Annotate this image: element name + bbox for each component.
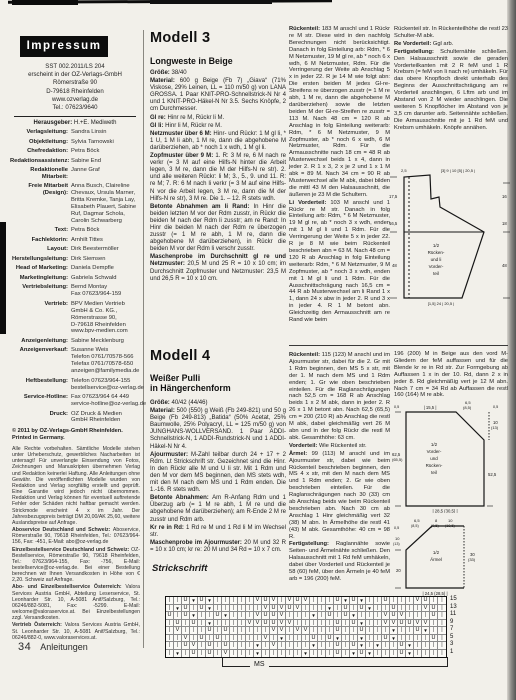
chart-cell-knit: | [374, 597, 382, 605]
chart-cell-yarnover: U [222, 627, 230, 635]
credit-value: BPV Medien VertriebGmbH & Co. KG.,Römers… [71, 301, 141, 336]
measurement-label: 48 [392, 263, 397, 268]
chart-cell-knit: | [366, 597, 374, 605]
paragraph-lead: Fertigstellung: [289, 541, 336, 547]
chart-cell-knit: | [222, 605, 230, 613]
credit-row: Marketingleitung:Gabriela Schwald [10, 275, 141, 282]
chart-cell-knit: | [270, 650, 278, 658]
paragraph: Netzmuster über 6 M: Hinr- und Rückr: 1 … [150, 131, 286, 152]
chart-cell-slip-decrease: ▼ [222, 612, 230, 620]
credit-value: Sabine End [71, 158, 141, 165]
credit-line: Daniela Dempfle [71, 265, 141, 272]
chart-cell-decrease: V [254, 620, 262, 628]
chart-cell-yarnover: U [182, 597, 190, 605]
chart-cell-decrease: V [278, 605, 286, 613]
chart-cell-knit: | [214, 642, 222, 650]
herausgeber-label: Herausgeber: [34, 120, 73, 126]
chart-cell-yarnover: U [350, 620, 358, 628]
schematic-sleeve-model4: 6,5810(8,5)(9,5)(10,5)0,510(13)2030(33)|… [392, 516, 502, 596]
credit-label: Herstellungsleitung: [10, 256, 71, 263]
chart-cell-knit: | [406, 612, 414, 620]
measure-ticks [390, 177, 510, 298]
paragraph-lead: Re Vorderteil: [394, 41, 433, 47]
paragraph: Vorderteil: Wie Rückenteil str. [289, 443, 390, 450]
chart-row: |U|U|▼||||VVUUVV|||||U|U▼||VVUUVV|| [166, 620, 446, 628]
chart-row: |▼|U|U|V|||▼|||||▼|||U|▼U▼|||U▼|||| [166, 650, 446, 658]
model3-subtitle: Longweste in Beige [150, 56, 233, 66]
chart-cell-knit: | [406, 605, 414, 613]
credit-value: Bernd MontayFax 07623/964-159 [71, 284, 141, 298]
chart-cell-knit: | [318, 635, 326, 643]
measurement-label: Ärmel [430, 556, 442, 562]
chart-cell-knit: | [390, 650, 398, 658]
chart-cell-yarnover: U [382, 597, 390, 605]
chart-cell-knit: | [238, 620, 246, 628]
chart-cell-slip-decrease: ▼ [390, 635, 398, 643]
chart-cell-decrease: V [254, 612, 262, 620]
credit-row: Text:Petra Böck [10, 227, 141, 234]
credit-line: Telefon 0761/70578-566 [71, 354, 141, 361]
chart-cell-knit: | [374, 635, 382, 643]
chart-row: ||V|U|U|||||V|▼|||U|U▼||▼||U▼||||U| [166, 635, 446, 643]
chart-cell-knit: | [398, 605, 406, 613]
paragraph: Maschenprobe im Ajourmuster: 20 M und 32… [150, 540, 286, 554]
credit-row: Layout:Dirk Beestermöller [10, 246, 141, 253]
chart-cell-decrease: V [390, 620, 398, 628]
measurement-label: [3] 9 | 10 [5] | 20,5 | [441, 168, 475, 173]
chart-cell-yarnover: U [358, 650, 366, 658]
measurement-label: Vorder- [427, 449, 442, 454]
paragraph-lead: Rückenteil: [289, 26, 322, 32]
credit-value: Gabriela Schwald [71, 275, 141, 282]
credit-value: Dirk Siemsen [71, 256, 141, 263]
credit-label: Service-Hotline: [10, 394, 71, 408]
chart-cell-knit: | [230, 642, 238, 650]
measurement-label: 0,5 [394, 405, 399, 409]
chart-row: ||U▼U▼|||||VUV|VUV|||U▼U▼||U|||VU|| [166, 597, 446, 605]
paragraph: Fertigstellung: Raglannähte sowie Seiten… [289, 541, 390, 582]
chart-cell-yarnover: U [174, 620, 182, 628]
credit-row: Verlagsleitung:Sandra Linsin [10, 129, 141, 136]
ms-label: MS [250, 661, 269, 668]
legal-lead: Einzelbestellservice Deutschland und Sch… [12, 547, 131, 553]
chart-cell-knit: | [318, 597, 326, 605]
chart-cell-knit: | [374, 620, 382, 628]
paragraph: Gl re: Hinr re M, Rückr li M. [150, 115, 286, 122]
chart-cell-slip-decrease: ▼ [302, 650, 310, 658]
model4-col3-paras: Rückenteil: 115 (123) M anschl und im Aj… [289, 352, 390, 584]
measurement-label: 16,5 [389, 221, 398, 226]
chart-cell-knit: | [398, 635, 406, 643]
credit-line: Susanne Weis [71, 347, 141, 354]
subtitle-line: Weißer Pulli [150, 373, 231, 383]
chart-cell-knit: | [326, 650, 334, 658]
chart-cell-decrease: V [278, 627, 286, 635]
measurement-label: teil [431, 470, 437, 475]
chart-cell-slip-decrease: ▼ [206, 605, 214, 613]
measurement-label: | 15,5 | [424, 405, 437, 410]
paragraph-lead: Ärmel: [289, 451, 312, 457]
credit-value: Sylvia Tarnowski [71, 139, 141, 146]
chart-cell-knit: | [222, 597, 230, 605]
credit-line: bestellservice@oz-verlag.de [71, 385, 144, 392]
credit-label: Freie Mitarbeit (Design): [10, 183, 71, 224]
credit-row: Heftbestellung:Telefon 07623/964-155best… [10, 378, 141, 392]
credit-line: Bernd Montay [71, 284, 141, 291]
measurement-label: 6,5 [414, 518, 420, 523]
chart-cell-yarnover: U [206, 642, 214, 650]
chart-cell-knit: | [230, 597, 238, 605]
chart-cell-knit: | [414, 635, 422, 643]
chart-cell-decrease: V [270, 627, 278, 635]
chart-cell-knit: | [406, 597, 414, 605]
chart-cell-knit: | [198, 620, 206, 628]
chart-cell-yarnover: U [326, 612, 334, 620]
chart-cell-slip-decrease: ▼ [310, 642, 318, 650]
chart-cell-decrease: V [302, 597, 310, 605]
chart-cell-knit: | [166, 650, 174, 658]
credit-row: Druck:OZ Druck & MedienGmbH Rheinfelden [10, 411, 141, 425]
chart-cell-slip-decrease: ▼ [358, 635, 366, 643]
chart-cell-knit: | [174, 642, 182, 650]
chart-cell-knit: | [374, 612, 382, 620]
paragraph-lead: Größe: [150, 70, 172, 76]
chart-cell-decrease: V [286, 620, 294, 628]
chart-cell-decrease: V [174, 627, 182, 635]
chart-cell-decrease: V [190, 642, 198, 650]
legal-paragraph: Alle Rechte vorbehalten. Sämtliche Model… [12, 446, 140, 526]
copyright-line: © 2011 by OZ-Verlags-GmbH Rheinfelden. [12, 428, 140, 435]
chart-row-number: 15 [450, 596, 457, 604]
chart-cell-yarnover: U [198, 635, 206, 643]
credit-line: Carolin Schwarberg [71, 218, 141, 225]
chart-cell-knit: | [438, 612, 446, 620]
model3-heading: Modell 3 [150, 30, 210, 46]
chart-cell-yarnover: U [334, 642, 342, 650]
credit-line: Dirk Beestermöller [71, 246, 141, 253]
chart-cell-slip-decrease: ▼ [374, 642, 382, 650]
chart-cell-knit: | [166, 627, 174, 635]
address-line: Tel.: 07623/9640 [10, 104, 140, 112]
paragraph: Betonte Abnahmen: Am R-Anfang Rdm und 1 … [150, 495, 286, 523]
measurement-label: 16 [502, 194, 507, 199]
chart-cell-knit: | [246, 612, 254, 620]
model4-heading: Modell 4 [150, 348, 210, 364]
chart-cell-slip-decrease: ▼ [350, 612, 358, 620]
paragraph: Zopfmuster über 9 M: 1. R: 3 M re, 6 M n… [150, 153, 286, 203]
chart-cell-yarnover: U [310, 635, 318, 643]
credit-row: Freie Mitarbeit (Design):Anna Busch, Cla… [10, 183, 141, 224]
credit-line: Telefon 07623/964-155 [71, 378, 144, 385]
credit-row: Anzeigenverkauf:Susanne WeisTelefon 0761… [10, 347, 141, 375]
credit-value: Sabine Mecklenburg [71, 338, 141, 345]
chart-cell-yarnover: U [430, 635, 438, 643]
chart-cell-knit: | [286, 612, 294, 620]
credit-value: Sandra Linsin [71, 129, 141, 136]
measurement-label: (9,5) [431, 524, 439, 528]
scan-artifact-right-edge [507, 0, 516, 700]
paragraph-lead: Maschenprobe im Ajourmuster: [150, 540, 244, 546]
chart-cell-slip-decrease: ▼ [206, 597, 214, 605]
paragraph: Betonte Abnahmen am li Rand: In Hinr die… [150, 204, 286, 254]
chart-cell-yarnover: U [270, 612, 278, 620]
chart-cell-slip-decrease: ▼ [310, 612, 318, 620]
measurement-label: 20 [396, 568, 401, 573]
paragraph: Gl li: Hinr li M, Rückr re M. [150, 123, 286, 130]
chart-row: ||UV|U|U|||▼|V||||▼||U|U▼|▼||U▼|||| [166, 642, 446, 650]
chart-cell-knit: | [310, 597, 318, 605]
chart-cell-knit: | [238, 635, 246, 643]
credit-value: Dirk Beestermöller [71, 246, 141, 253]
chart-cell-knit: | [166, 642, 174, 650]
chart-cell-slip-decrease: ▼ [174, 605, 182, 613]
measurement-label: 0,5 [493, 405, 498, 409]
credit-label: Druck: [10, 411, 71, 425]
chart-cell-slip-decrease: ▼ [190, 612, 198, 620]
chart-cell-knit: | [430, 620, 438, 628]
paragraph-lead: Größe: [150, 400, 172, 406]
chart-cell-yarnover: U [390, 612, 398, 620]
credit-label: Vertriebsleitung: [10, 284, 71, 298]
address-line: Römerstraße 90 [10, 79, 140, 87]
credit-value: Fax 07623/964 64 449service-hotline@oz-v… [71, 394, 146, 408]
paragraph-lead: Netzmuster über 6 M: [150, 131, 213, 137]
chart-cell-knit: | [214, 605, 222, 613]
chart-row-number: 13 [450, 604, 457, 612]
chart-cell-slip-decrease: ▼ [254, 650, 262, 658]
impressum-credits: Verlagsleitung:Sandra LinsinObjektleitun… [10, 129, 141, 427]
credit-value: Telefon 07623/964-155bestellservice@oz-v… [71, 378, 144, 392]
legal-paragraph: Abo- und Einzelbestellservice Österreich… [12, 584, 140, 621]
chart-cell-knit: | [414, 642, 422, 650]
credit-label: Heftbestellung: [10, 378, 71, 392]
chart-cell-knit: | [190, 605, 198, 613]
paragraph: Maschenprobe im Durchschnitt gl re und N… [150, 254, 286, 282]
chart-row-numbers: 15131197531 [450, 596, 457, 656]
chart-cell-slip-decrease: ▼ [334, 635, 342, 643]
credit-row: Redaktionsassistenz:Sabine End [10, 158, 141, 165]
credit-line: GmbH Rheinfelden [71, 417, 141, 424]
chart-cell-yarnover: U [190, 620, 198, 628]
chart-cell-decrease: V [246, 620, 254, 628]
chart-cell-knit: | [214, 627, 222, 635]
chart-cell-knit: | [238, 605, 246, 613]
chart-cell-knit: | [206, 612, 214, 620]
chart-cell-knit: | [326, 627, 334, 635]
credit-row: Service-Hotline:Fax 07623/964 64 449serv… [10, 394, 141, 408]
schematic-outline [406, 412, 484, 506]
credit-line: Arnhilt Tittes [71, 237, 141, 244]
paragraph-lead: Betonte Abnahmen: [150, 495, 212, 501]
chart-row-number: 11 [450, 611, 457, 619]
chart-cell-knit: | [246, 605, 254, 613]
chart-cell-knit: | [438, 650, 446, 658]
paragraph-lead: Ajourmuster: [150, 452, 191, 458]
credit-line: service-hotline@oz-verlag.de [71, 401, 146, 408]
chart-cell-knit: | [358, 612, 366, 620]
chart-cell-knit: | [318, 627, 326, 635]
schematic-back-front-model3: 2,5[3] 9 | 10 [5] | 20,5 |17,516,5481618… [388, 166, 512, 306]
model4-subtitle: Weißer Pulliin Hängerchenform [150, 373, 231, 393]
address-line: www.ozverlag.de [10, 96, 140, 104]
paragraph: Ärmel: 99 (113) M anschl und im Ajourmus… [289, 451, 390, 541]
chart-cell-yarnover: U [262, 612, 270, 620]
measurement-label: (65,5) [392, 457, 403, 462]
herausgeber-value: H.+E. Mediweth [74, 120, 117, 126]
credit-line: Fax 07623/964-159 [71, 291, 141, 298]
chart-cell-knit: | [198, 642, 206, 650]
chart-cell-knit: | [318, 605, 326, 613]
chart-cell-knit: | [190, 635, 198, 643]
chart-cell-knit: | [238, 642, 246, 650]
chart-cell-knit: | [310, 620, 318, 628]
credit-line: Römerstrasse 90, [71, 315, 141, 322]
chart-cell-knit: | [310, 650, 318, 658]
chart-cell-knit: | [166, 635, 174, 643]
chart-cell-slip-decrease: ▼ [278, 635, 286, 643]
chart-cell-knit: | [174, 612, 182, 620]
chart-cell-knit: | [414, 605, 422, 613]
chart-cell-yarnover: U [398, 642, 406, 650]
credit-line: Petra Böck [71, 227, 141, 234]
chart-cell-yarnover: U [390, 605, 398, 613]
chart-cell-yarnover: U [206, 627, 214, 635]
paragraph-lead: Material: [150, 78, 180, 84]
chart-cell-yarnover: U [294, 597, 302, 605]
chart-cell-yarnover: U [342, 612, 350, 620]
chart-cell-knit: | [398, 627, 406, 635]
chart-cell-knit: | [310, 627, 318, 635]
chart-row-number: 3 [450, 641, 457, 649]
paragraph-lead: Kr re in Rd: [150, 525, 186, 531]
legal-lead: Vertrieb Österreich: [12, 622, 65, 628]
chart-cell-knit: | [238, 650, 246, 658]
credit-line: OZ Druck & Medien [71, 411, 141, 418]
credit-label: Text: [10, 227, 71, 234]
chart-cell-knit: | [430, 642, 438, 650]
chart-cell-yarnover: U [350, 642, 358, 650]
chart-cell-decrease: V [422, 605, 430, 613]
chart-cell-knit: | [422, 635, 430, 643]
chart-cell-decrease: V [302, 627, 310, 635]
chart-cell-knit: | [198, 650, 206, 658]
chart-cell-knit: | [382, 650, 390, 658]
scan-artifact-left-edge [0, 222, 6, 334]
chart-cell-yarnover: U [206, 650, 214, 658]
credit-line: Sabine Mecklenburg [71, 338, 141, 345]
chart-cell-slip-decrease: ▼ [206, 620, 214, 628]
chart-cell-knit: | [246, 635, 254, 643]
chart-cell-knit: | [246, 627, 254, 635]
address-line: SST 002.2011/LS 204 [10, 63, 140, 71]
chart-cell-slip-decrease: ▼ [366, 650, 374, 658]
chart-cell-knit: | [422, 642, 430, 650]
chart-cell-slip-decrease: ▼ [254, 642, 262, 650]
chart-cell-yarnover: U [430, 612, 438, 620]
chart-cell-knit: | [262, 642, 270, 650]
credit-label: Anzeigenverkauf: [10, 347, 71, 375]
chart-cell-knit: | [166, 597, 174, 605]
credit-label: Fachlektorin: [10, 237, 71, 244]
chart-row-number: 5 [450, 634, 457, 642]
impressum-address: SST 002.2011/LS 204erscheint in der OZ-V… [10, 63, 140, 112]
paragraph: Rückenteil: 115 (123) M anschl und im Aj… [289, 352, 390, 442]
chart-cell-decrease: V [278, 612, 286, 620]
measurement-label: 1/2 [431, 442, 438, 447]
chart-cell-yarnover: U [382, 635, 390, 643]
measurement-label: Rücken- [428, 250, 445, 255]
chart-cell-yarnover: U [270, 605, 278, 613]
credit-line: Anna Busch, Claireline [71, 183, 141, 190]
chart-cell-yarnover: U [406, 620, 414, 628]
measurement-label: 48 [502, 263, 507, 268]
chart-cell-knit: | [374, 627, 382, 635]
chart-cell-yarnover: U [398, 620, 406, 628]
paragraph: Größe: 38/40 [150, 70, 286, 77]
copyright-line: Printed in Germany. [12, 435, 140, 442]
chart-cell-slip-decrease: ▼ [366, 605, 374, 613]
chart-cell-knit: | [302, 612, 310, 620]
chart-cell-knit: | [230, 627, 238, 635]
credit-line: anzeigen@familymedia.de [71, 368, 141, 375]
measurement-label: teil [433, 271, 439, 276]
chart-cell-knit: | [342, 642, 350, 650]
page-number: 34 [18, 641, 31, 653]
chart-cell-yarnover: U [198, 597, 206, 605]
chart-cell-slip-decrease: ▼ [350, 650, 358, 658]
chart-cell-yarnover: U [214, 612, 222, 620]
measurement-label: und li [431, 257, 442, 262]
chart-cell-decrease: V [398, 612, 406, 620]
model3-col4-paras: Rückenteil str. In Rückenteilhöhe die re… [394, 26, 508, 133]
credit-value: Arnhilt Tittes [71, 237, 141, 244]
model4-col2-paras: Größe: 40/42 (44/46)Material: 500 (550) … [150, 400, 286, 555]
chart-cell-decrease: V [422, 620, 430, 628]
impressum-title-box: Impressum [20, 36, 108, 57]
chart-cell-knit: | [302, 642, 310, 650]
impressum-copyright: © 2011 by OZ-Verlags-GmbH Rheinfelden.Pr… [12, 428, 140, 441]
chart-cell-knit: | [238, 597, 246, 605]
chart-cell-knit: | [270, 635, 278, 643]
chart-cell-slip-decrease: ▼ [174, 650, 182, 658]
credit-label: Layout: [10, 246, 71, 253]
chart-cell-yarnover: U [334, 620, 342, 628]
paragraph: Ajourmuster: M-Zahl teilbar durch 24 + 1… [150, 452, 286, 495]
chart-cell-yarnover: U [358, 627, 366, 635]
chart-cell-knit: | [214, 650, 222, 658]
legal-paragraph: Vertrieb Österreich: Valora Services Aus… [12, 622, 140, 640]
chart-cell-decrease: V [414, 620, 422, 628]
chart-cell-knit: | [302, 605, 310, 613]
chart-cell-yarnover: U [262, 597, 270, 605]
chart-row-number: 7 [450, 626, 457, 634]
chart-cell-decrease: V [270, 597, 278, 605]
measurement-label: 30 [470, 552, 475, 557]
chart-cell-slip-decrease: ▼ [422, 627, 430, 635]
chart-cell-knit: | [342, 620, 350, 628]
credit-value: Anna Busch, ClairelineChevaux, Ursula Ma… [71, 183, 141, 224]
chart-cell-slip-decrease: ▼ [390, 627, 398, 635]
credit-value: Susanne WeisTelefon 0761/70578-566Telefa… [71, 347, 141, 375]
credit-line: BPV Medien Vertrieb [71, 301, 141, 308]
chart-cell-knit: | [222, 620, 230, 628]
measurement-label: | 28,5 (30,5) | [432, 509, 457, 514]
chart-cell-knit: | [278, 650, 286, 658]
chart-cell-slip-decrease: ▼ [342, 597, 350, 605]
chart-cell-knit: | [326, 620, 334, 628]
chart-cell-yarnover: U [326, 635, 334, 643]
chart-cell-knit: | [342, 635, 350, 643]
